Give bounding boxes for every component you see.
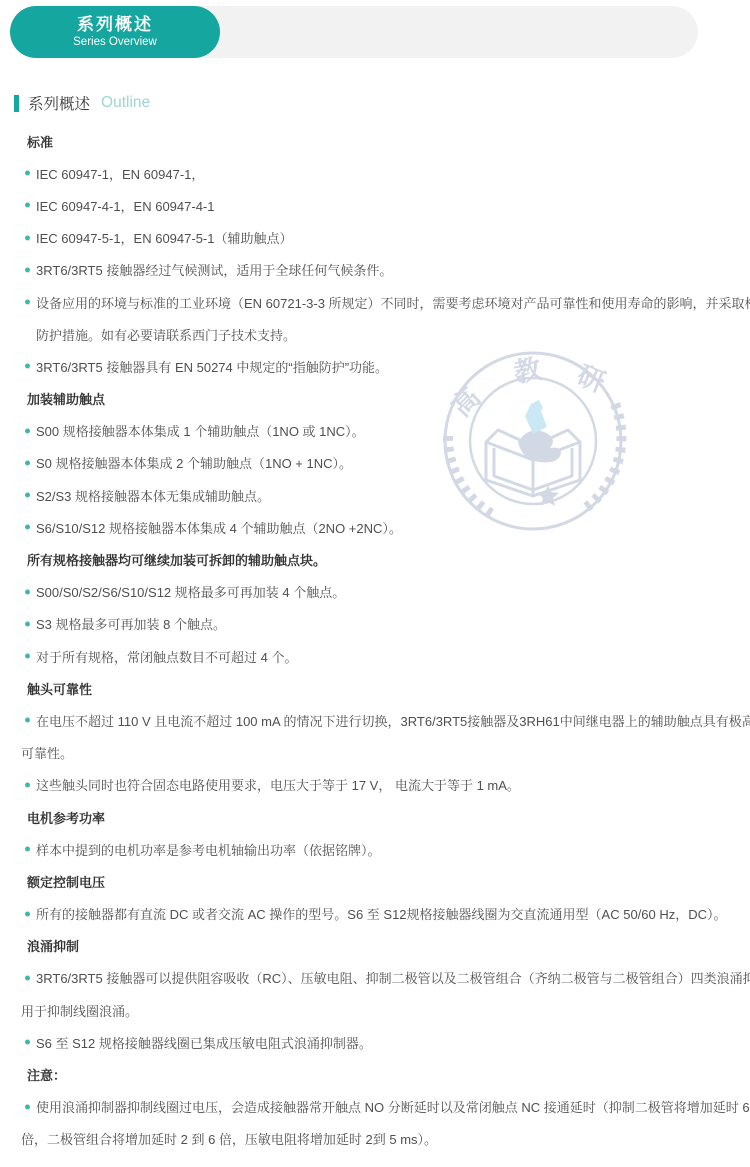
bullet-text: 倍，二极管组合将增加延时 2 到 6 倍，压敏电阻将增加延时 2到 5 ms）。 [21,1129,437,1148]
bullet-text: S6/S10/S12 规格接触器本体集成 4 个辅助触点（2NO +2NC）。 [36,518,402,537]
bullet-dot-icon [25,493,30,498]
bullet-dot-icon [25,364,30,369]
bullet-item: IEC 60947-4-1，EN 60947-4-1 [0,189,750,221]
bullet-dot-icon [25,718,30,723]
bullet-text: 可靠性。 [21,743,73,762]
bullet-item: 设备应用的环境与标准的工业环境（EN 60721-3-3 所规定）不同时，需要考… [0,286,750,318]
bullet-dot-icon [25,525,30,530]
bullet-text: IEC 60947-1，EN 60947-1， [36,164,204,183]
bullet-item: IEC 60947-5-1，EN 60947-5-1（辅助触点） [0,222,750,254]
bullet-dot-icon [25,589,30,594]
section-heading: 浪涌抑制 [0,930,750,962]
bullet-item: S6/S10/S12 规格接触器本体集成 4 个辅助触点（2NO +2NC）。 [0,511,750,543]
bullet-dot-icon [25,300,30,305]
bullet-item: 在电压不超过 110 V 且电流不超过 100 mA 的情况下进行切换，3RT6… [0,704,750,736]
catalog-page: 系列概述 Series Overview 系列概述 Outline 高 教 研 … [0,0,750,1167]
bullet-continuation: 防护措施。如有必要请联系西门子技术支持。 [0,318,750,350]
bullet-text: S2/S3 规格接触器本体无集成辅助触点。 [36,486,270,505]
bullet-text: 所有的接触器都有直流 DC 或者交流 AC 操作的型号。S6 至 S12规格接触… [36,904,727,923]
bullet-text: 用于抑制线圈浪涌。 [21,1001,138,1020]
bullet-dot-icon [25,654,30,659]
bullet-item: S6 至 S12 规格接触器线圈已集成压敏电阻式浪涌抑制器。 [0,1026,750,1058]
bullet-dot-icon [25,1040,30,1045]
bullet-item: S00/S0/S2/S6/S10/S12 规格最多可再加装 4 个触点。 [0,576,750,608]
bullet-text: 3RT6/3RT5 接触器具有 EN 50274 中规定的“指触防护”功能。 [36,357,388,376]
badge-title-zh: 系列概述 [77,15,153,35]
bullet-dot-icon [25,782,30,787]
bullet-item: 3RT6/3RT5 接触器具有 EN 50274 中规定的“指触防护”功能。 [0,350,750,382]
bullet-text: 样本中提到的电机功率是参考电机轴输出功率（依据铭牌）。 [36,840,381,859]
bullet-text: 3RT6/3RT5 接触器经过气候测试，适用于全球任何气候条件。 [36,260,392,279]
section-heading: 注意： [0,1058,750,1090]
bullet-text: 使用浪涌抑制器抑制线圈过电压，会造成接触器常开触点 NO 分断延时以及常闭触点 … [36,1097,750,1116]
bullet-continuation: 倍，二极管组合将增加延时 2 到 6 倍，压敏电阻将增加延时 2到 5 ms）。 [0,1123,750,1155]
bullet-text: S0 规格接触器本体集成 2 个辅助触点（1NO + 1NC）。 [36,453,352,472]
bullet-dot-icon [25,203,30,208]
section-heading: 加装辅助触点 [0,383,750,415]
section-heading: 电机参考功率 [0,801,750,833]
bullet-dot-icon [25,847,30,852]
section-heading: 触头可靠性 [0,672,750,704]
bullet-text: S00/S0/S2/S6/S10/S12 规格最多可再加装 4 个触点。 [36,582,345,601]
section-heading: 所有规格接触器均可继续加装可拆卸的辅助触点块。 [0,543,750,575]
bullet-item: 所有的接触器都有直流 DC 或者交流 AC 操作的型号。S6 至 S12规格接触… [0,898,750,930]
bullet-item: S00 规格接触器本体集成 1 个辅助触点（1NO 或 1NC）。 [0,415,750,447]
bullet-item: 3RT6/3RT5 接触器经过气候测试，适用于全球任何气候条件。 [0,254,750,286]
bullet-dot-icon [25,975,30,980]
bullet-dot-icon [25,1104,30,1109]
title-accent-bar-icon [14,95,19,112]
bullet-dot-icon [25,267,30,272]
bullet-item: 3RT6/3RT5 接触器可以提供阻容吸收（RC）、压敏电阻、抑制二极管以及二极… [0,962,750,994]
section-title: 系列概述 Outline [14,92,150,114]
bullet-item: S3 规格最多可再加装 8 个触点。 [0,608,750,640]
section-title-en: Outline [101,94,150,112]
bullet-item: 使用浪涌抑制器抑制线圈过电压，会造成接触器常开触点 NO 分断延时以及常闭触点 … [0,1091,750,1123]
bullet-text: S6 至 S12 规格接触器线圈已集成压敏电阻式浪涌抑制器。 [36,1033,372,1052]
bullet-item: S0 规格接触器本体集成 2 个辅助触点（1NO + 1NC）。 [0,447,750,479]
bullet-item: S2/S3 规格接触器本体无集成辅助触点。 [0,479,750,511]
bullet-dot-icon [25,911,30,916]
bullet-dot-icon [25,171,30,176]
section-heading: 标准 [0,125,750,157]
section-title-zh: 系列概述 [28,92,90,114]
bullet-text: IEC 60947-5-1，EN 60947-5-1（辅助触点） [36,228,293,247]
series-overview-badge: 系列概述 Series Overview [10,6,220,58]
document-body: 标准 IEC 60947-1，EN 60947-1， IEC 60947-4-1… [0,125,750,1155]
badge-title-en: Series Overview [73,35,157,49]
bullet-dot-icon [25,235,30,240]
bullet-text: 在电压不超过 110 V 且电流不超过 100 mA 的情况下进行切换，3RT6… [36,711,750,730]
bullet-text: S3 规格最多可再加装 8 个触点。 [36,614,226,633]
bullet-item: 这些触头同时也符合固态电路使用要求，电压大于等于 17 V， 电流大于等于 1 … [0,769,750,801]
bullet-text: 防护措施。如有必要请联系西门子技术支持。 [36,325,296,344]
bullet-text: 对于所有规格，常闭触点数目不可超过 4 个。 [36,647,297,666]
bullet-dot-icon [25,428,30,433]
bullet-item: IEC 60947-1，EN 60947-1， [0,157,750,189]
bullet-text: IEC 60947-4-1，EN 60947-4-1 [36,196,215,215]
bullet-item: 样本中提到的电机功率是参考电机轴输出功率（依据铭牌）。 [0,833,750,865]
bullet-text: S00 规格接触器本体集成 1 个辅助触点（1NO 或 1NC）。 [36,421,365,440]
bullet-dot-icon [25,621,30,626]
bullet-continuation: 用于抑制线圈浪涌。 [0,994,750,1026]
bullet-text: 3RT6/3RT5 接触器可以提供阻容吸收（RC）、压敏电阻、抑制二极管以及二极… [36,968,750,987]
bullet-continuation: 可靠性。 [0,737,750,769]
bullet-item: 对于所有规格，常闭触点数目不可超过 4 个。 [0,640,750,672]
bullet-dot-icon [25,460,30,465]
section-heading: 额定控制电压 [0,865,750,897]
bullet-text: 这些触头同时也符合固态电路使用要求，电压大于等于 17 V， 电流大于等于 1 … [36,775,520,794]
bullet-text: 设备应用的环境与标准的工业环境（EN 60721-3-3 所规定）不同时，需要考… [36,293,750,312]
